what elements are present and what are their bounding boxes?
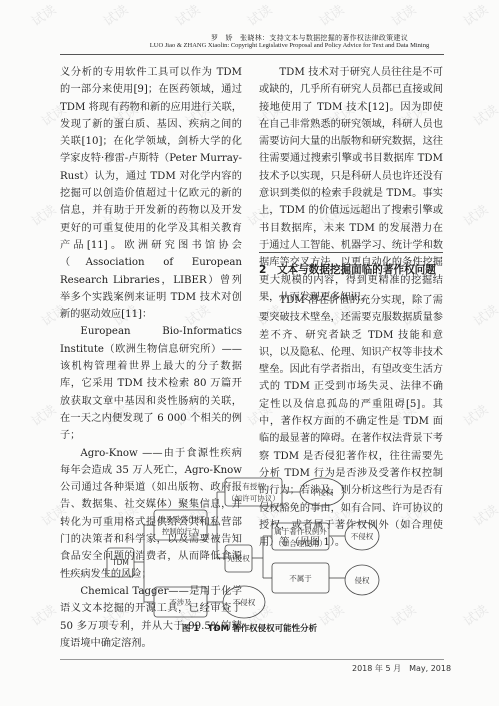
figure-diagram: TDM 涉及受著作权 控制的行为 不涉及 有授权 （如许可协议） 无授权 属于著…	[0, 0, 499, 706]
node-authorized-line1: 有授权	[242, 481, 265, 491]
footer-date: 2018 年 5 月 May, 2018	[352, 663, 451, 674]
node-unauthorized: 无授权	[227, 553, 250, 563]
node-tdm: TDM	[111, 558, 129, 567]
node-exception-line1: 属于著作权例外	[274, 526, 327, 536]
figure-caption: 图 1 TDM 著作权侵权可能性分析	[0, 622, 499, 634]
node-no-infringe-exception: 不侵权	[351, 531, 374, 541]
node-no-infringe-not-involved: 不侵权	[233, 597, 256, 607]
node-not-involves: 不涉及	[169, 597, 192, 607]
node-involves-line1: 涉及受著作权	[158, 514, 203, 524]
node-not-exception: 不属于	[289, 574, 312, 583]
footer-rule	[60, 659, 444, 660]
node-exception-line2: （如合理使用）	[274, 538, 327, 548]
node-authorized-line2: （如许可协议）	[227, 493, 280, 503]
node-infringe: 侵权	[355, 575, 370, 585]
node-involves-line2: 控制的行为	[162, 526, 200, 536]
node-no-infringe-authorized: 不侵权	[311, 487, 334, 497]
